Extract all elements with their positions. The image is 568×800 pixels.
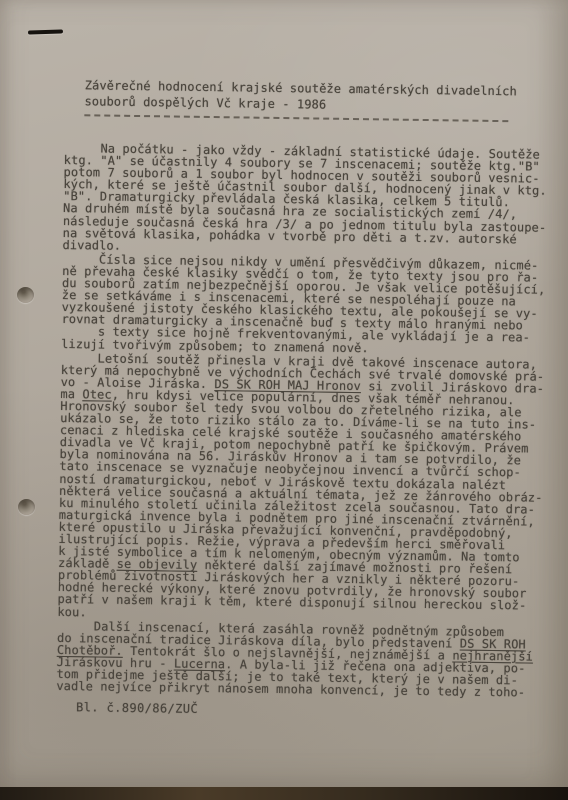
paragraph: Čísla sice nejsou nikdy v umění přesvědč… bbox=[61, 253, 546, 356]
title-underline bbox=[84, 114, 508, 122]
document-title: Závěrečné hodnocení krajské soutěže amat… bbox=[84, 78, 517, 122]
paragraph: Letošní soutěž přinesla v kraji dvě tako… bbox=[57, 352, 544, 625]
text-segment: kou. bbox=[57, 604, 87, 618]
paragraph: Na počátku - jako vždy - základní statis… bbox=[62, 142, 547, 258]
scan-edge bbox=[0, 787, 568, 800]
scanned-page: Závěrečné hodnocení krajské soutěže amat… bbox=[0, 0, 568, 800]
document-content: Závěrečné hodnocení krajské soutěže amat… bbox=[0, 0, 568, 800]
reference-number: Bl. č.890/86/ZUČ bbox=[76, 700, 198, 716]
document-body: Na počátku - jako vždy - základní statis… bbox=[56, 142, 547, 701]
paragraph: Další inscenací, která zasáhla rovněž po… bbox=[56, 620, 540, 699]
text-segment: divadlo. bbox=[62, 238, 121, 253]
